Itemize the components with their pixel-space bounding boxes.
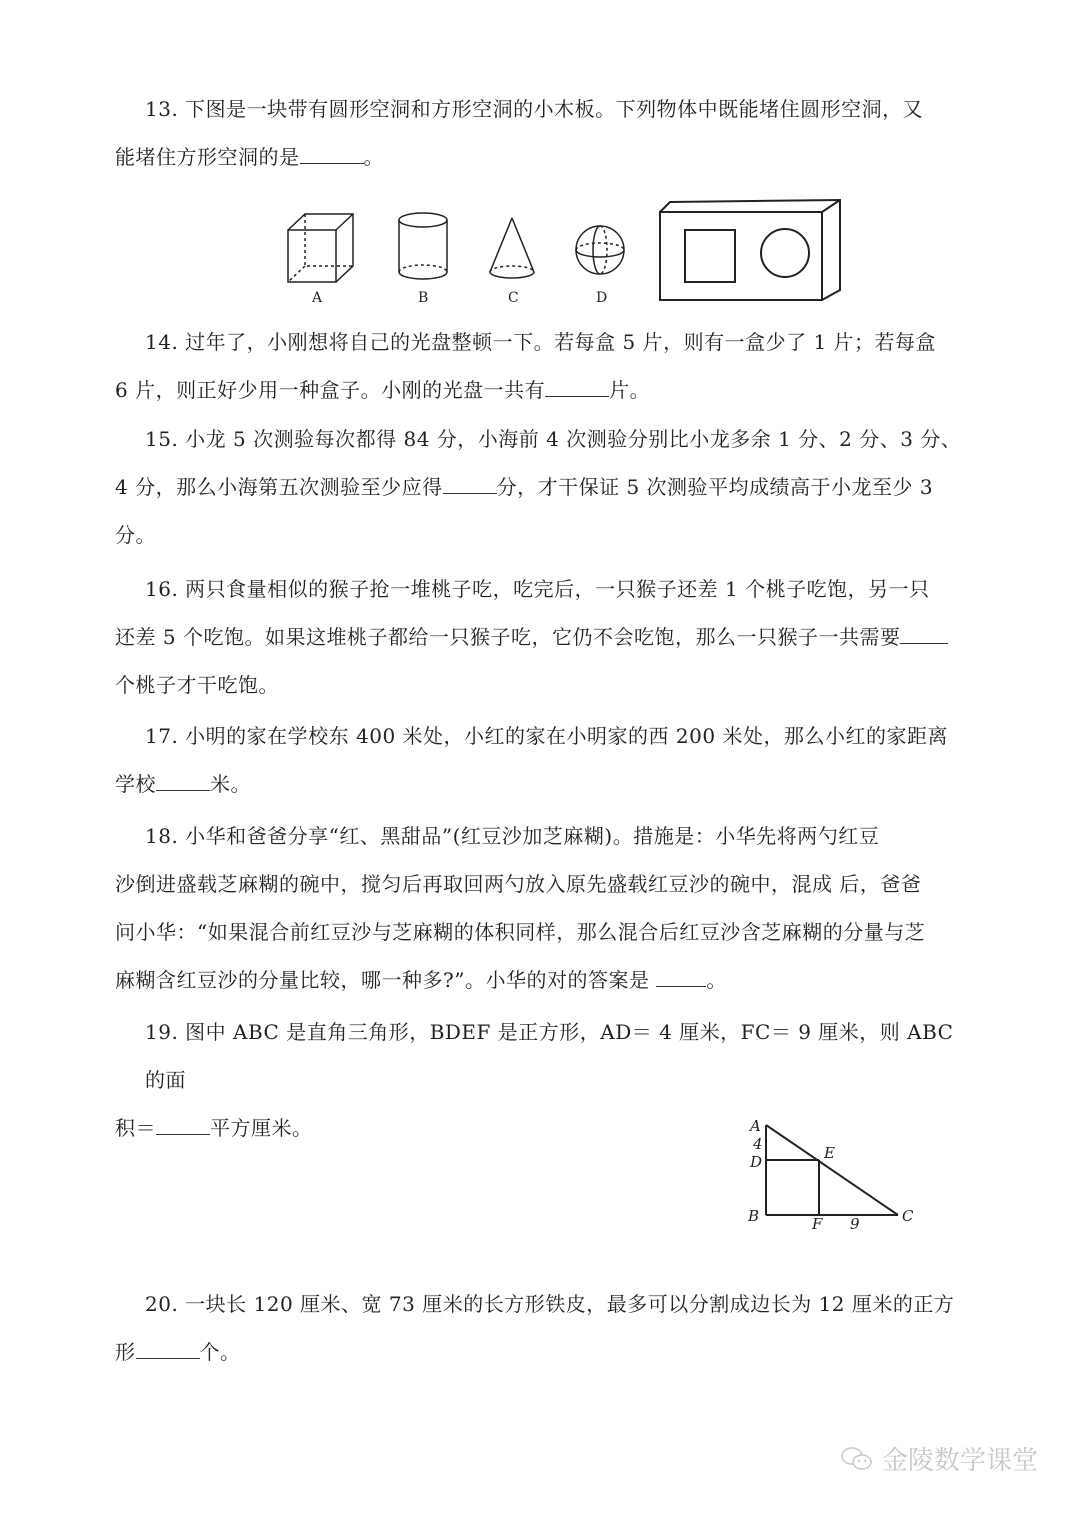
question-number: 13.	[145, 97, 178, 121]
question-text: 积＝	[115, 1116, 156, 1140]
label-a: A	[311, 290, 323, 305]
label-c: C	[508, 290, 519, 305]
question-text: 米。	[210, 772, 251, 796]
question-text: 分。	[115, 523, 156, 547]
question-number: 15.	[145, 427, 178, 451]
sphere-shape	[576, 226, 624, 274]
cube-shape	[288, 214, 353, 282]
question-text: 能堵住方形空洞的是	[115, 145, 300, 169]
question-text: 分，才干保证 5 次测验平均成绩高于小龙至少 3	[497, 475, 934, 499]
question-20: 20. 一块长 120 厘米、宽 73 厘米的长方形铁皮，最多可以分割成边长为 …	[115, 1280, 980, 1376]
question-text: 6 片，则正好少用一种盒子。小刚的光盘一共有	[115, 378, 545, 402]
question-number: 14.	[145, 330, 178, 354]
label-ad-length: 4	[752, 1135, 763, 1153]
question-13: 13. 下图是一块带有圆形空洞和方形空洞的小木板。下列物体中既能堵住圆形空洞，又…	[115, 85, 980, 181]
question-text: 4 分，那么小海第五次测验至少应得	[115, 475, 443, 499]
question-text: 。	[364, 145, 385, 169]
question-text: 麻糊含红豆沙的分量比较，哪一种多?”。小华的对的答案是	[115, 968, 656, 992]
question-text: 还差 5 个吃饱。如果这堆桃子都给一只猴子吃，它仍不会吃饱，那么一只猴子一共需要	[115, 625, 900, 649]
question-text: 过年了，小刚想将自己的光盘整顿一下。若每盒 5 片，则有一盒少了 1 片；若每盒	[185, 330, 936, 354]
question-number: 16.	[145, 577, 178, 601]
answer-blank[interactable]	[156, 1116, 210, 1135]
question-number: 18.	[145, 824, 178, 848]
question-14: 14. 过年了，小刚想将自己的光盘整顿一下。若每盒 5 片，则有一盒少了 1 片…	[115, 318, 980, 414]
answer-blank[interactable]	[656, 968, 706, 987]
label-a: A	[748, 1117, 761, 1135]
figure-shapes-and-board: A B C D	[280, 190, 850, 305]
question-text: 两只食量相似的猴子抢一堆桃子吃，吃完后，一只猴子还差 1 个桃子吃饱，另一只	[185, 577, 929, 601]
question-text: 小龙 5 次测验每次都得 84 分，小海前 4 次测验分别比小龙多余 1 分、2…	[185, 427, 961, 451]
question-number: 20.	[145, 1292, 178, 1316]
label-d: D	[749, 1153, 762, 1171]
label-c: C	[902, 1207, 914, 1225]
label-fc-length: 9	[850, 1215, 860, 1233]
question-text: 小华和爸爸分享“红、黑甜品”(红豆沙加芝麻糊)。措施是：小华先将两勺红豆	[185, 824, 879, 848]
cylinder-shape	[399, 213, 447, 279]
label-b: B	[747, 1207, 759, 1225]
question-text: 个。	[200, 1340, 241, 1364]
question-number: 19.	[145, 1020, 178, 1044]
question-text: 个桃子才干吃饱。	[115, 673, 279, 697]
question-text: 一块长 120 厘米、宽 73 厘米的长方形铁皮，最多可以分割成边长为 12 厘…	[185, 1292, 954, 1316]
question-text: 沙倒进盛载芝麻糊的碗中，搅匀后再取回两勺放入原先盛载红豆沙的碗中，混成 后，爸爸	[115, 872, 921, 896]
wooden-board	[660, 200, 840, 300]
question-number: 17.	[145, 724, 178, 748]
answer-blank[interactable]	[300, 145, 364, 164]
answer-blank[interactable]	[156, 772, 210, 791]
answer-blank[interactable]	[136, 1340, 200, 1359]
question-18: 18. 小华和爸爸分享“红、黑甜品”(红豆沙加芝麻糊)。措施是：小华先将两勺红豆…	[115, 812, 980, 1004]
watermark-text: 金陵数学课堂	[882, 1440, 1038, 1477]
answer-blank[interactable]	[900, 625, 948, 644]
question-text: 问小华：“如果混合前红豆沙与芝麻糊的体积同样，那么混合后红豆沙含芝麻糊的分量与芝	[115, 920, 925, 944]
label-b: B	[418, 290, 428, 305]
watermark: 金陵数学课堂	[840, 1440, 1038, 1477]
question-text: 图中 ABC 是直角三角形，BDEF 是正方形，AD＝ 4 厘米，FC＝ 9 厘…	[145, 1020, 953, 1092]
question-text: 下图是一块带有圆形空洞和方形空洞的小木板。下列物体中既能堵住圆形空洞，又	[185, 97, 923, 121]
answer-blank[interactable]	[443, 475, 497, 494]
label-e: E	[823, 1144, 835, 1162]
question-16: 16. 两只食量相似的猴子抢一堆桃子吃，吃完后，一只猴子还差 1 个桃子吃饱，另…	[115, 565, 980, 709]
question-text: 片。	[609, 378, 650, 402]
cone-shape	[490, 218, 534, 278]
question-text: 形	[115, 1340, 136, 1364]
label-f: F	[811, 1215, 823, 1233]
question-17: 17. 小明的家在学校东 400 米处，小红的家在小明家的西 200 米处，那么…	[115, 712, 980, 808]
label-d: D	[596, 290, 607, 305]
wechat-icon	[840, 1445, 874, 1473]
question-15: 15. 小龙 5 次测验每次都得 84 分，小海前 4 次测验分别比小龙多余 1…	[115, 415, 980, 559]
figure-triangle-square: A 4 D E B F 9 C	[740, 1115, 930, 1235]
question-text: 学校	[115, 772, 156, 796]
answer-blank[interactable]	[545, 378, 609, 397]
question-text: 平方厘米。	[210, 1116, 313, 1140]
question-text: 。	[706, 968, 727, 992]
question-text: 小明的家在学校东 400 米处，小红的家在小明家的西 200 米处，那么小红的家…	[185, 724, 948, 748]
